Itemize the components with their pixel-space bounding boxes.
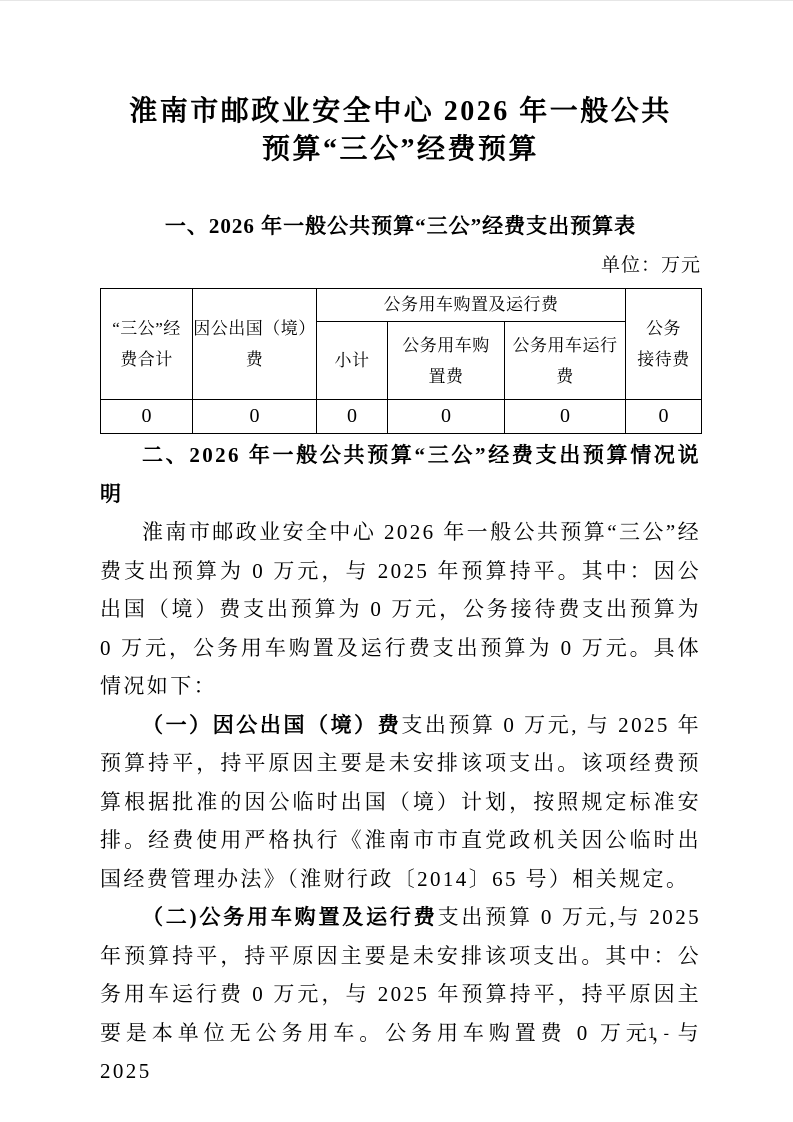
unit-label: 单位：万元	[100, 253, 701, 279]
header-sangong-total: “三公”经 费合计	[101, 289, 193, 400]
paragraph-overview: 淮南市邮政业安全中心 2026 年一般公共预算“三公”经费支出预算为 0 万元，…	[100, 513, 701, 706]
header-vehicle-operation: 公务用车运行 费	[505, 322, 626, 400]
document-title: 淮南市邮政业安全中心 2026 年一般公共 预算“三公”经费预算	[100, 93, 701, 169]
table-header-row-top: “三公”经 费合计 因公出国（境） 费 公务用车购置及运行费 公务 接待费	[101, 289, 702, 322]
value-vehicle-purchase: 0	[388, 400, 505, 434]
header-abroad-fee: 因公出国（境） 费	[193, 289, 317, 400]
value-vehicle-operation: 0	[505, 400, 626, 434]
value-abroad-fee: 0	[193, 400, 317, 434]
paragraph-abroad-fee: （一）因公出国（境）费支出预算 0 万元, 与 2025 年预算持平，持平原因主…	[100, 706, 701, 899]
document-body: 二、2026 年一般公共预算“三公”经费支出预算情况说明 淮南市邮政业安全中心 …	[100, 436, 701, 1091]
section-2-heading: 二、2026 年一般公共预算“三公”经费支出预算情况说明	[100, 436, 701, 513]
paragraph-vehicle-text: 支出预算 0 万元,与 2025 年预算持平，持平原因主要是未安排该项支出。其中…	[100, 905, 701, 1083]
value-vehicle-subtotal: 0	[317, 400, 388, 434]
header-vehicle-group: 公务用车购置及运行费	[317, 289, 626, 322]
budget-table: “三公”经 费合计 因公出国（境） 费 公务用车购置及运行费 公务 接待费 小计…	[100, 288, 702, 434]
paragraph-vehicle-fee: （二)公务用车购置及运行费支出预算 0 万元,与 2025 年预算持平，持平原因…	[100, 898, 701, 1091]
table-value-row: 0 0 0 0 0 0	[101, 400, 702, 434]
paragraph-abroad-text: 支出预算 0 万元, 与 2025 年预算持平，持平原因主要是未安排该项支出。该…	[100, 713, 701, 891]
value-sangong-total: 0	[101, 400, 193, 434]
header-vehicle-purchase: 公务用车购 置费	[388, 322, 505, 400]
section-1-heading: 一、2026 年一般公共预算“三公”经费支出预算表	[100, 211, 701, 241]
value-reception-fee: 0	[626, 400, 702, 434]
document-page: 淮南市邮政业安全中心 2026 年一般公共 预算“三公”经费预算 一、2026 …	[0, 0, 793, 1122]
paragraph-vehicle-lead: （二)公务用车购置及运行费	[142, 905, 438, 929]
header-reception-fee: 公务 接待费	[626, 289, 702, 400]
paragraph-abroad-lead: （一）因公出国（境）费	[142, 713, 401, 737]
page-number: - 1 -	[634, 1025, 671, 1043]
header-vehicle-subtotal: 小计	[317, 322, 388, 400]
